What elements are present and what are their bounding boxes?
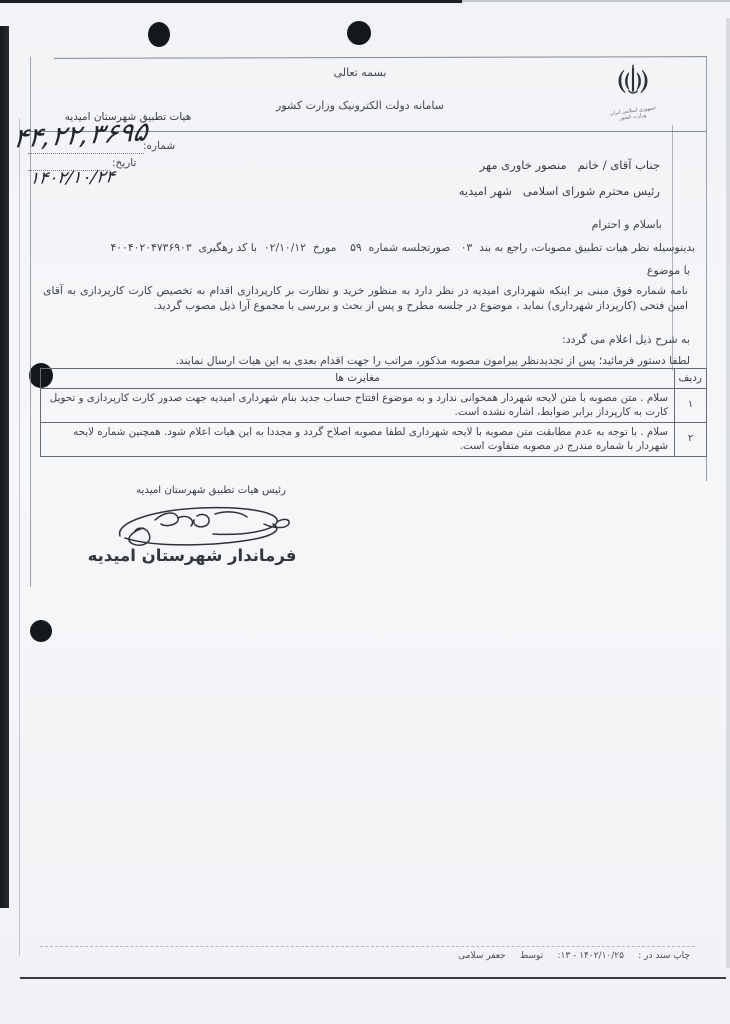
scan-left-shadow-strip <box>0 26 9 908</box>
signer-title: فرماندار شهرستان امیدیه <box>82 546 302 565</box>
table-row: ۲ سلام . با توجه به عدم مطابقت متن مصوبه… <box>41 423 706 456</box>
footer-dashed-rule <box>40 946 695 947</box>
instruction-line: لطفا دستور فرمائید؛ پس از تجدیدنظر پیرام… <box>40 354 690 367</box>
punch-hole-dot <box>148 22 170 47</box>
column-header-row-no: ردیف <box>674 369 706 389</box>
table-header-row: ردیف مغایرت ها <box>41 369 706 389</box>
recipient-title-line: رئیس محترم شورای اسلامی شهر امیدیه <box>459 184 660 198</box>
salutation: باسلام و احترام <box>592 218 662 231</box>
letter-frame-left-outer-rule <box>19 118 20 956</box>
signature-scribble-icon <box>95 498 295 553</box>
letter-frame-top-rule <box>54 56 707 59</box>
iran-national-emblem: جمهوری اسلامی ایران وزارت کشور <box>602 62 664 120</box>
number-label: شماره: <box>143 140 175 152</box>
scanned-letter-page: بسمه تعالی سامانه دولت الکترونیک وزارت ک… <box>0 0 730 1024</box>
scan-top-edge <box>0 0 462 3</box>
punch-hole-dot <box>30 620 52 642</box>
signatory-title: رئیس هیات تطبیق شهرستان امیدیه <box>120 485 302 496</box>
handwritten-number: ۴۴,۲۲,۳۶۹۵ <box>12 117 150 155</box>
intro-reference-line: بدینوسیله نظر هیات تطبیق مصوبات، راجع به… <box>33 241 695 254</box>
footer-bottom-rule <box>20 977 726 979</box>
announcement-line: به شرح ذیل اعلام می گردد: <box>562 333 690 346</box>
recipient-name-line: جناب آقای / خانم منصور خاوری مهر <box>480 158 660 172</box>
discrepancies-table: ردیف مغایرت ها ۱ سلام . متن مصوبه با متن… <box>40 368 707 457</box>
subject-label: با موضوع <box>647 264 690 277</box>
bismillah-heading: بسمه تعالی <box>60 66 660 79</box>
iran-emblem-icon <box>613 62 653 108</box>
scan-right-edge <box>726 18 730 968</box>
print-info: چاپ سند در : ۱۴۰۲/۱۰/۲۵ - ۱۳: توسط جعفر … <box>458 951 690 961</box>
row-number-cell: ۱ <box>674 389 706 423</box>
handwritten-date: ۱۴۰۲/۱۰/۲۴ <box>29 167 116 188</box>
column-header-discrepancies: مغایرت ها <box>41 369 674 389</box>
subject-paragraph: نامه شماره فوق مبنی بر اینکه شهرداری امی… <box>43 283 688 313</box>
discrepancy-text-cell: سلام . متن مصوبه با متن لایحه شهردار همخ… <box>41 389 674 423</box>
discrepancy-text-cell: سلام . با توجه به عدم مطابقت متن مصوبه ب… <box>41 423 674 456</box>
table-row: ۱ سلام . متن مصوبه با متن لایحه شهردار ه… <box>41 389 706 423</box>
row-number-cell: ۲ <box>674 423 706 456</box>
scan-top-edge-light <box>462 0 730 2</box>
punch-hole-dot <box>347 21 371 45</box>
